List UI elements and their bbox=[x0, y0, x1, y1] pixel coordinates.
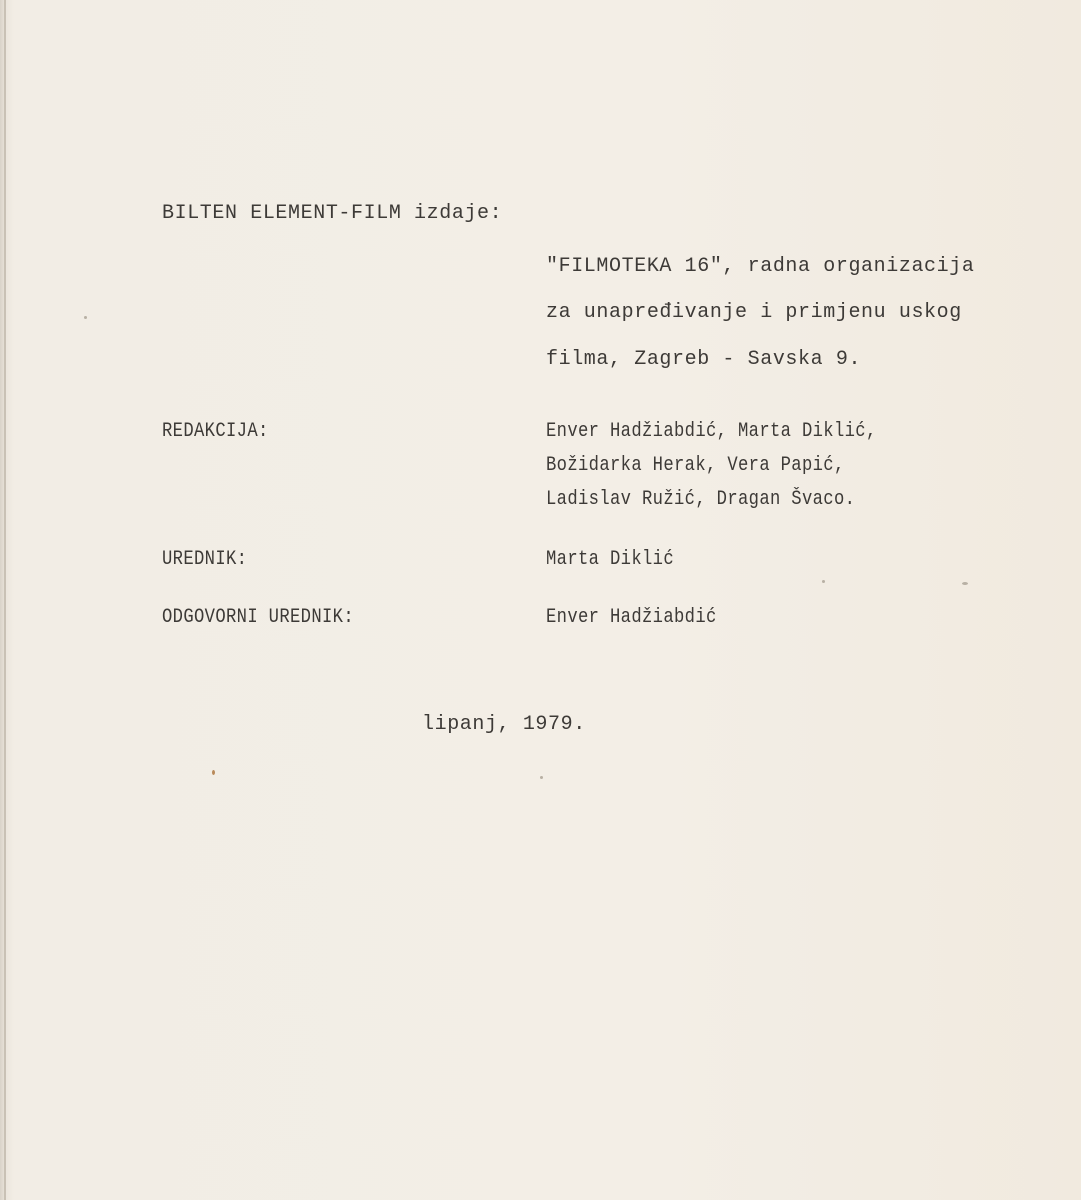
paper-speck bbox=[962, 582, 968, 585]
publisher-line-2: za unapređivanje i primjenu uskog bbox=[546, 301, 962, 324]
paper-speck bbox=[540, 776, 543, 779]
paper-speck bbox=[212, 770, 215, 775]
editorial-board-line-2: Božidarka Herak, Vera Papić, bbox=[546, 454, 845, 477]
paper-page: BILTEN ELEMENT-FILM izdaje: "FILMOTEKA 1… bbox=[0, 0, 1081, 1200]
paper-speck bbox=[822, 580, 825, 583]
paper-speck bbox=[84, 316, 87, 319]
publisher-line-3: filma, Zagreb - Savska 9. bbox=[546, 348, 861, 371]
publisher-label: BILTEN ELEMENT-FILM izdaje: bbox=[162, 202, 502, 225]
editorial-board-label: REDAKCIJA: bbox=[162, 420, 269, 443]
editor-in-chief-value: Enver Hadžiabdić bbox=[546, 606, 717, 629]
editor-in-chief-label: ODGOVORNI UREDNIK: bbox=[162, 606, 354, 629]
publisher-line-1: "FILMOTEKA 16", radna organizacija bbox=[546, 255, 974, 278]
publication-date: lipanj, 1979. bbox=[422, 713, 586, 736]
editorial-board-line-1: Enver Hadžiabdić, Marta Diklić, bbox=[546, 420, 877, 443]
editor-value: Marta Diklić bbox=[546, 548, 674, 571]
editor-label: UREDNIK: bbox=[162, 548, 247, 571]
editorial-board-line-3: Ladislav Ružić, Dragan Švaco. bbox=[546, 488, 855, 511]
page-edge bbox=[4, 0, 6, 1200]
